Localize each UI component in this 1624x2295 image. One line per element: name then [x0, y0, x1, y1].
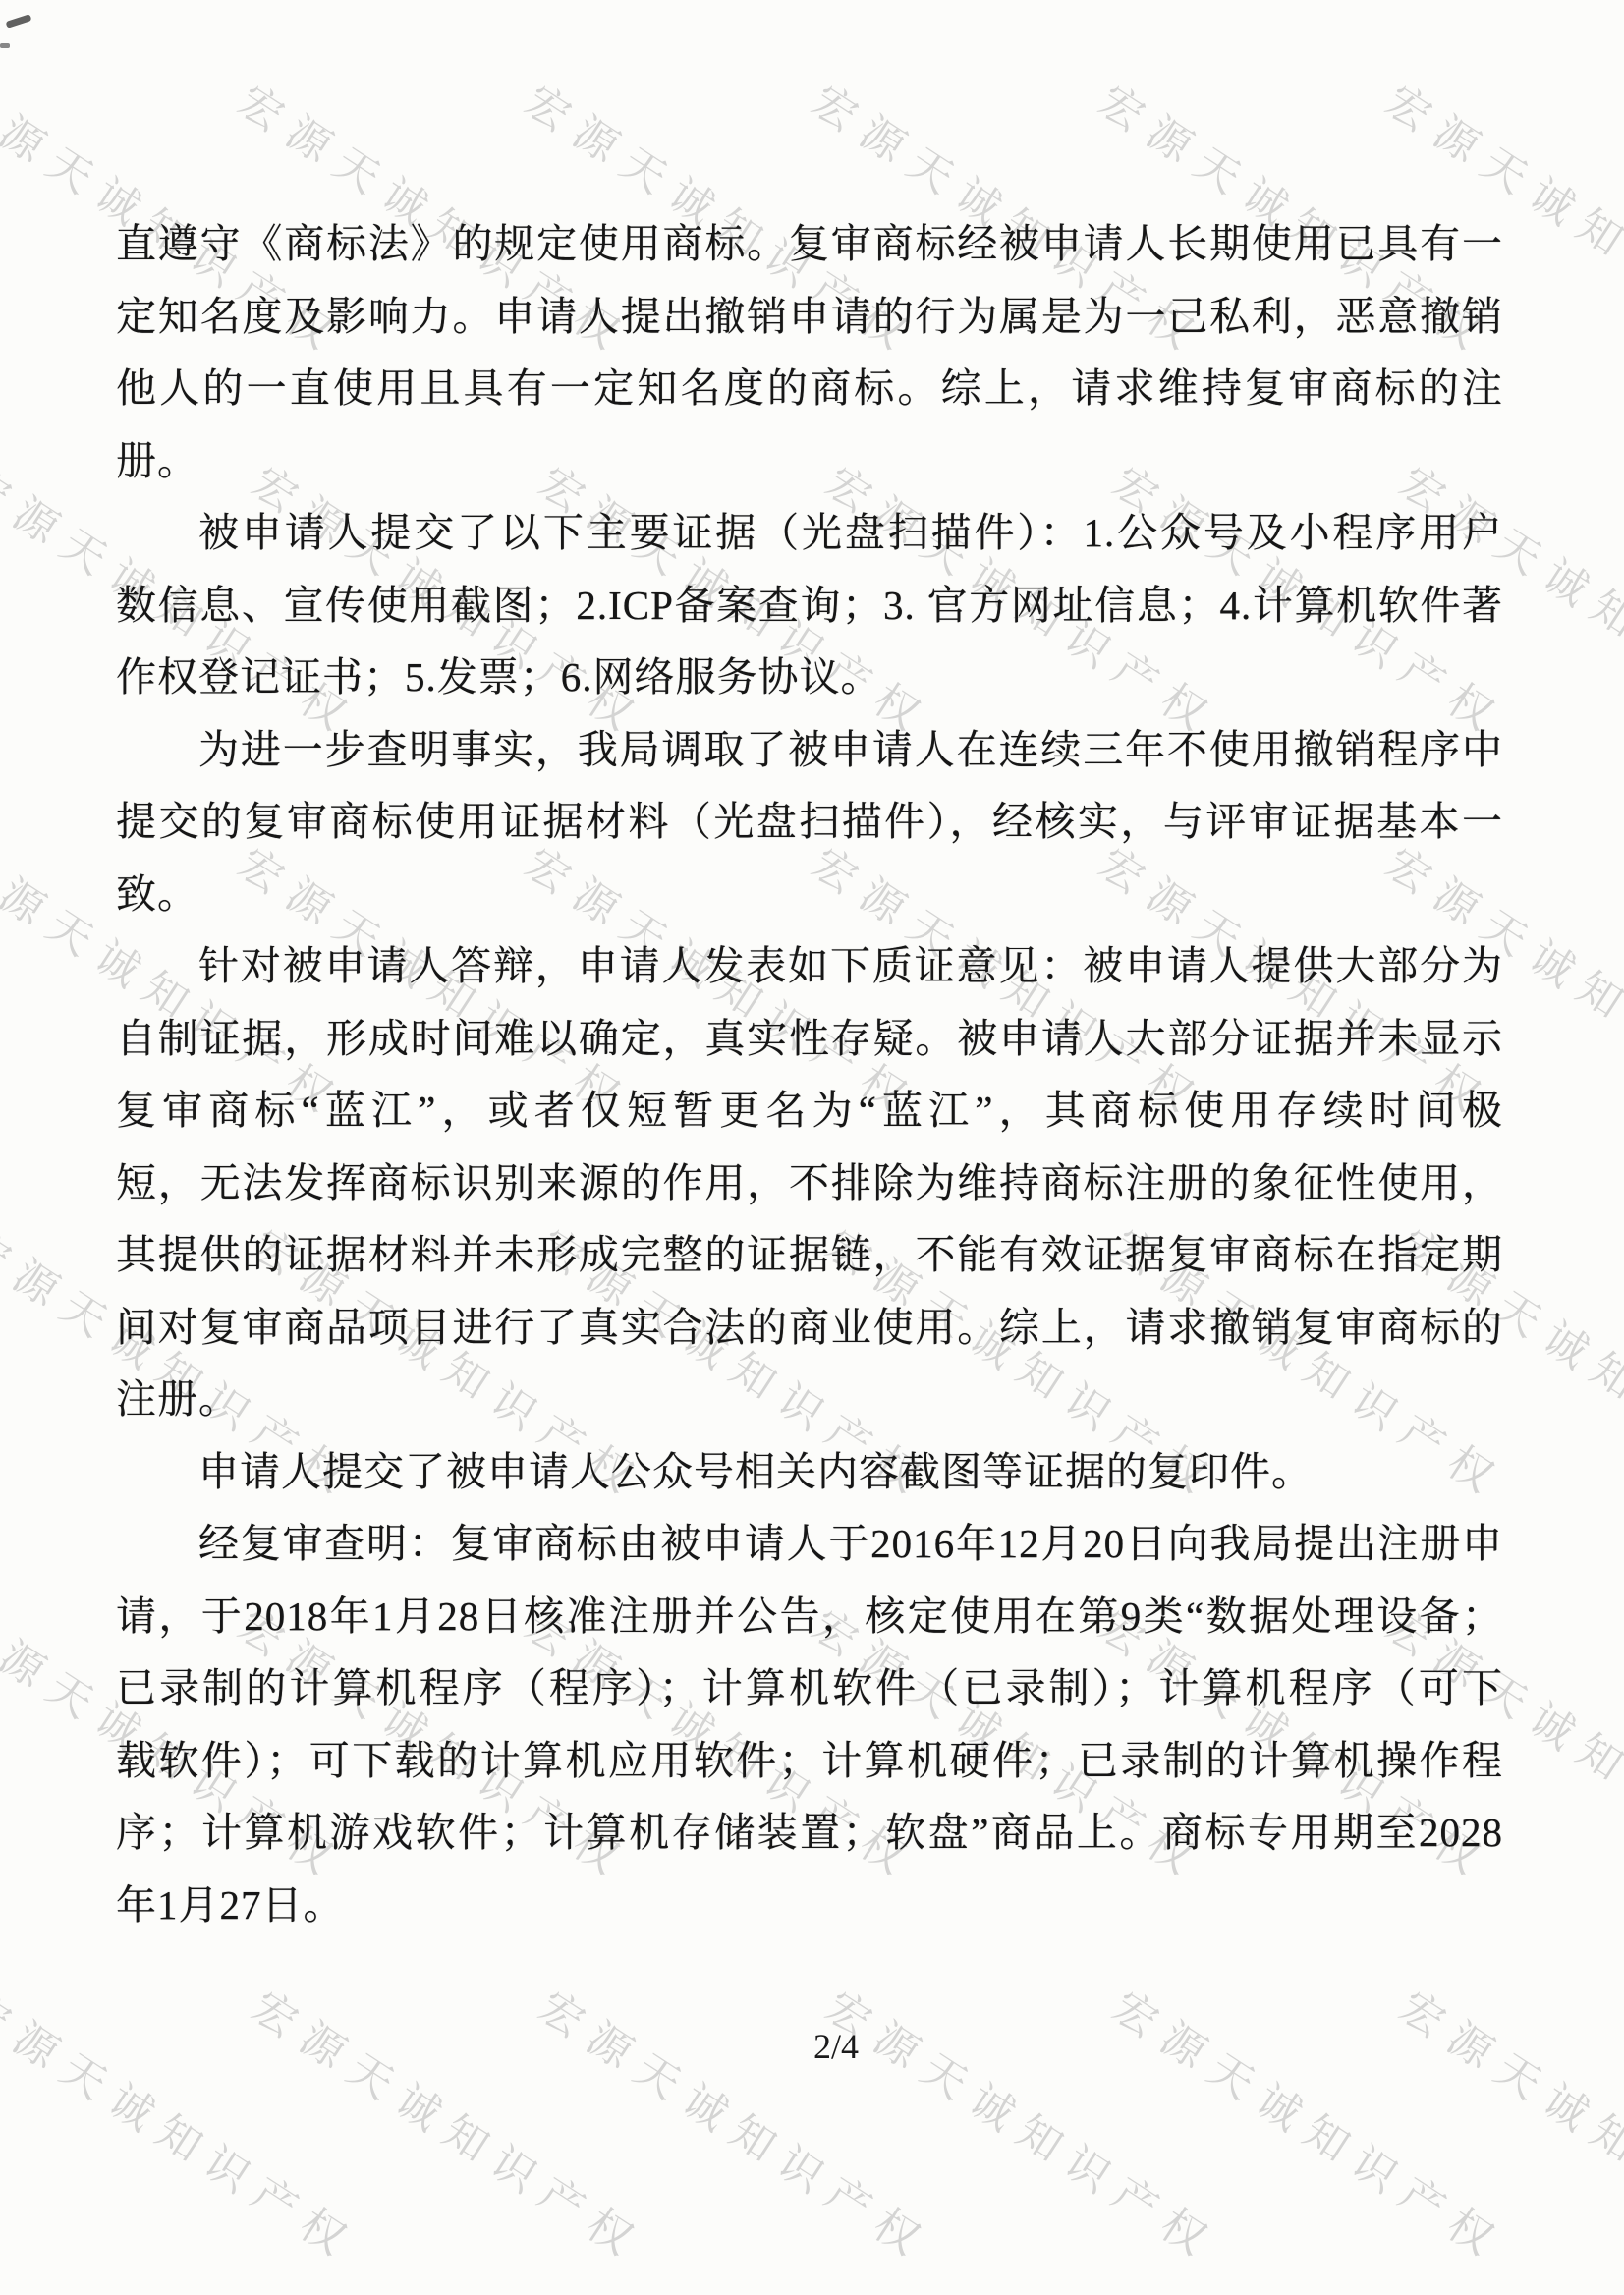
document-line: 针对被申请人答辩，申请人发表如下质证意见：被申请人提供大部分为 — [116, 930, 1503, 1003]
document-line: 年1月27日。 — [116, 1870, 1503, 1942]
document-line: 为进一步查明事实，我局调取了被申请人在连续三年不使用撤销程序中 — [116, 714, 1503, 787]
document-line: 序；计算机游戏软件；计算机存储装置；软盘”商品上。商标专用期至2028 — [116, 1797, 1503, 1870]
watermark-text: 宏源天诚知识产权 — [242, 1973, 658, 2273]
document-line: 载软件）；可下载的计算机应用软件；计算机硬件；已录制的计算机操作程 — [116, 1725, 1503, 1798]
document-line: 短，无法发挥商标识别来源的作用，不排除为维持商标注册的象征性使用， — [116, 1147, 1503, 1220]
scan-artifact — [0, 43, 10, 48]
document-line: 请，于2018年1月28日核准注册并公告，核定使用在第9类“数据处理设备； — [116, 1581, 1503, 1653]
scan-artifact — [6, 14, 32, 28]
watermark-text: 宏源天诚知识产权 — [1389, 1973, 1624, 2273]
document-line: 数信息、宣传使用截图；2.ICP备案查询；3. 官方网址信息；4.计算机软件著 — [116, 570, 1503, 643]
document-line: 提交的复审商标使用证据材料（光盘扫描件），经核实，与评审证据基本一 — [116, 786, 1503, 859]
document-line: 被申请人提交了以下主要证据（光盘扫描件）：1.公众号及小程序用户 — [116, 497, 1503, 570]
watermark-text: 宏源天诚知识产权 — [0, 1973, 371, 2273]
document-line: 注册。 — [116, 1364, 1503, 1436]
document-line: 他人的一直使用且具有一定知名度的商标。综上，请求维持复审商标的注 — [116, 353, 1503, 425]
document-line: 其提供的证据材料并未形成完整的证据链，不能有效证据复审商标在指定期 — [116, 1219, 1503, 1292]
scanned-document-page: 宏源天诚知识产权宏源天诚知识产权宏源天诚知识产权宏源天诚知识产权宏源天诚知识产权… — [0, 0, 1624, 2295]
watermark-text: 宏源天诚知识产权 — [529, 1973, 945, 2273]
document-line: 作权登记证书；5.发票；6.网络服务协议。 — [116, 642, 1503, 714]
document-line: 定知名度及影响力。申请人提出撤销申请的行为属是为一己私利，恶意撤销 — [116, 281, 1503, 354]
page-number: 2/4 — [782, 2026, 890, 2067]
watermark-text: 宏源天诚知识产权 — [815, 1973, 1232, 2273]
document-line: 册。 — [116, 425, 1503, 498]
document-line: 致。 — [116, 859, 1503, 931]
watermark-text: 宏源天诚知识产权 — [1102, 1973, 1519, 2273]
document-line: 经复审查明：复审商标由被申请人于2016年12月20日向我局提出注册申 — [116, 1508, 1503, 1581]
document-line: 自制证据，形成时间难以确定，真实性存疑。被申请人大部分证据并未显示 — [116, 1003, 1503, 1076]
document-body: 直遵守《商标法》的规定使用商标。复审商标经被申请人长期使用已具有一定知名度及影响… — [116, 208, 1503, 1941]
document-line: 申请人提交了被申请人公众号相关内容截图等证据的复印件。 — [116, 1436, 1503, 1509]
document-line: 已录制的计算机程序（程序）；计算机软件（已录制）；计算机程序（可下 — [116, 1652, 1503, 1725]
document-line: 间对复审商品项目进行了真实合法的商业使用。综上，请求撤销复审商标的 — [116, 1292, 1503, 1365]
document-line: 复审商标“蓝江”，或者仅短暂更名为“蓝江”，其商标使用存续时间极 — [116, 1075, 1503, 1147]
document-line: 直遵守《商标法》的规定使用商标。复审商标经被申请人长期使用已具有一 — [116, 208, 1503, 281]
